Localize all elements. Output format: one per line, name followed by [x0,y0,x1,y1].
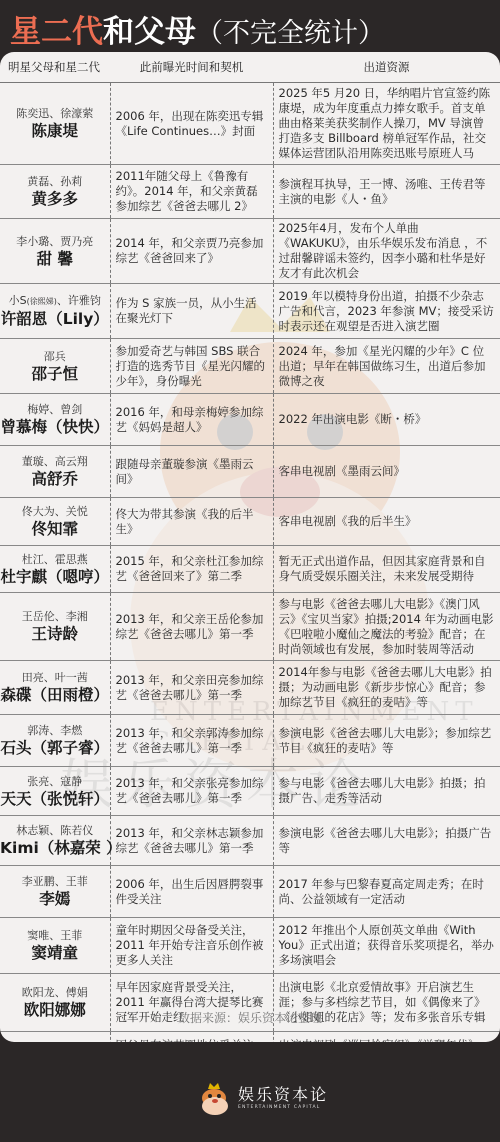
cell-parents-kid: 陈奕迅、徐濠萦 陈康堤 [0,83,110,165]
table-row: 董璇、高云翔 高舒乔 跟随母亲董璇参演《墨雨云间》 客串电视剧《墨雨云间》 [0,446,500,498]
cell-exposure: 2013 年，和父亲郭涛参加综艺《爸爸去哪儿》第一季 [110,715,273,767]
cell-debut-resources: 2012 年推出个人原创英文单曲《With You》正式出道；获得音乐奖项提名，… [273,918,500,974]
cell-debut-resources: 客串电视剧《墨雨云间》 [273,446,500,498]
table-card: ENTERTAINMENT CAPITAL 娱乐资本论 明星父母和星二代 此前曝… [0,52,500,1042]
table-row: 林志颖、陈若仪 Kimi（林嘉荣 ） 2013 年，和父亲林志颖参加综艺《爸爸去… [0,816,500,866]
table-row: 郭涛、李燃 石头（郭子睿） 2013 年，和父亲郭涛参加综艺《爸爸去哪儿》第一季… [0,715,500,767]
parents: 小S(徐熙娣)、许雅钧 [0,293,110,309]
parents-name: 佟大为、关悦 [22,505,88,518]
cell-debut-resources: 参演程耳执导，王一博、汤唯、王传君等主演的电影《人・鱼》 [273,165,500,219]
parents-name: 郭涛、李燃 [27,724,82,737]
star-kid-name: 陈康堤 [0,121,110,141]
page-title: 星二代和父母（不完全统计） [10,6,385,51]
cell-parents-kid: 李亚鹏、王菲 李嫣 [0,866,110,918]
star-kid-name: 甜 馨 [0,249,110,269]
parents: 邵兵 [0,349,110,364]
parents: 陈奕迅、徐濠萦 [0,106,110,121]
parents-name: 窦唯、王菲 [27,929,82,942]
cell-debut-resources: 参演电影《爸爸去哪儿大电影》；拍摄广告等 [273,816,500,866]
logo-text-en: ENTERTAINMENT CAPITAL [238,1104,328,1112]
table-row: 李小璐、贾乃亮 甜 馨 2014 年，和父亲贾乃亮参加综艺《爸爸回来了》 202… [0,219,500,284]
table-row: 田亮、叶一茜 森碟（田雨橙） 2013 年，和父亲田亮参加综艺《爸爸去哪儿》第一… [0,661,500,715]
parents: 李亚鹏、王菲 [0,874,110,889]
parents-name: 董璇、高云翔 [22,455,88,468]
header-parents-kid: 明星父母和星二代 [0,52,110,83]
parents: 窦唯、王菲 [0,928,110,943]
cell-parents-kid: 张亮、寇静 天天（张悦轩） [0,767,110,816]
cell-exposure: 2011年随父母上《鲁豫有约》。2014 年，和父亲黄磊参加综艺《爸爸去哪儿 2… [110,165,273,219]
cell-exposure: 参加爱奇艺与韩国 SBS 联合打造的选秀节目《星光闪耀的少年》，身份曝光 [110,339,273,394]
cell-parents-kid: 杜江、霍思燕 杜宇麒（嗯哼） [0,546,110,593]
header-debut-resources: 出道资源 [273,52,500,83]
cell-parents-kid: 郭涛、李燃 石头（郭子睿） [0,715,110,767]
cell-debut-resources: 参与电影《爸爸去哪儿大电影》《澳门风云》《宝贝当家》拍摄;2014 年为动画电影… [273,593,500,661]
star-kid-name: 李嫣 [0,889,110,909]
cell-exposure: 童年时期因父母备受关注，2011 年开始专注音乐创作被更多人关注 [110,918,273,974]
parents: 林志颖、陈若仪 [0,823,110,838]
table-row: 王岳伦、李湘 王诗龄 2013 年，和父亲王岳伦参加综艺《爸爸去哪儿》第一季 参… [0,593,500,661]
table-row: 张亮、寇静 天天（张悦轩） 2013 年，和父亲张亮参加综艺《爸爸去哪儿》第一季… [0,767,500,816]
star-kid-name: 天天（张悦轩） [0,789,110,809]
cell-parents-kid: 王岳伦、李湘 王诗龄 [0,593,110,661]
cell-parents-kid: 邵兵 邵子恒 [0,339,110,394]
parents-name: 杜江、霍思燕 [22,553,88,566]
parents: 田亮、叶一茜 [0,670,110,685]
star-kids-table: 明星父母和星二代 此前曝光时间和契机 出道资源 陈奕迅、徐濠萦 陈康堤 2006… [0,52,500,1042]
cell-debut-resources: 参与电影《爸爸去哪儿大电影》拍摄；拍摄广告、走秀等活动 [273,767,500,816]
star-kid-name: 高舒乔 [0,469,110,489]
parents: 李小璐、贾乃亮 [0,234,110,249]
cell-debut-resources: 2022 年出演电影《断・桥》 [273,394,500,446]
parents-name: 林志颖、陈若仪 [16,824,93,837]
cell-parents-kid: 梅婷、曾剑 曾慕梅（快快） [0,394,110,446]
table-row: 陈奕迅、徐濠萦 陈康堤 2006 年，出现在陈奕迅专辑《Life Continu… [0,83,500,165]
parents: 杜江、霍思燕 [0,552,110,567]
parents-name: 李小璐、贾乃亮 [16,235,93,248]
parents-name: 邵兵 [44,350,66,363]
parents-note: (徐熙娣) [27,297,57,306]
cell-parents-kid: 董璇、高云翔 高舒乔 [0,446,110,498]
cell-parents-kid: 佟大为、关悦 佟知霏 [0,498,110,546]
cell-debut-resources: 暂无正式出道作品，但因其家庭背景和自身气质受娱乐圈关注，未来发展受期待 [273,546,500,593]
parents-name: 田亮、叶一茜 [22,671,88,684]
table-row: 梅婷、曾剑 曾慕梅（快快） 2016 年，和母亲梅婷参加综艺《妈妈是超人》 20… [0,394,500,446]
title-accent: 星二代 [10,14,103,50]
parents: 黄磊、孙莉 [0,174,110,189]
cell-parents-kid: 林志颖、陈若仪 Kimi（林嘉荣 ） [0,816,110,866]
star-kid-name: 黄多多 [0,189,110,209]
cell-exposure: 佟大为带其参演《我的后半生》 [110,498,273,546]
title-main: 和父母 [103,14,196,50]
parents: 王岳伦、李湘 [0,609,110,624]
parents: 佟大为、关悦 [0,504,110,519]
star-kid-name: 窦靖童 [0,943,110,963]
table-header-row: 明星父母和星二代 此前曝光时间和契机 出道资源 [0,52,500,83]
table-row: 小S(徐熙娣)、许雅钧 许韶恩（Lily） 作为 S 家族一员，从小生活在聚光灯… [0,284,500,339]
cell-parents-kid: 小S(徐熙娣)、许雅钧 许韶恩（Lily） [0,284,110,339]
star-kid-name: 曾慕梅（快快） [0,417,110,437]
parents-name: 小S [9,294,27,307]
star-kid-name: 王诗龄 [0,624,110,644]
cell-debut-resources: 2025年4月，发布个人单曲《WAKUKU》，由乐华娱乐发布消息 ，不过甜馨辟谣… [273,219,500,284]
cell-debut-resources: 2025 年5 月20 日，华纳唱片官宣签约陈康堤，成为年度重点力捧女歌手。首支… [273,83,500,165]
cell-debut-resources: 2014年参与电影《爸爸去哪儿大电影》拍摄；为动画电影《新步步惊心》配音；参加综… [273,661,500,715]
cell-exposure: 2016 年，和母亲梅婷参加综艺《妈妈是超人》 [110,394,273,446]
parents: 张亮、寇静 [0,774,110,789]
cell-exposure: 作为 S 家族一员，从小生活在聚光灯下 [110,284,273,339]
parents: 郭涛、李燃 [0,723,110,738]
cell-debut-resources: 2019 年以模特身份出道，拍摄不少杂志广告和代言，2023 年参演 MV；接受… [273,284,500,339]
parents-name: 陈奕迅、徐濠萦 [16,107,93,120]
parents-name: 李亚鹏、王菲 [22,875,88,888]
parents-name: 梅婷、曾剑 [27,403,82,416]
parents: 董璇、高云翔 [0,454,110,469]
cell-parents-kid: 窦唯、王菲 窦靖童 [0,918,110,974]
header-exposure: 此前曝光时间和契机 [110,52,273,83]
star-kid-name: Kimi（林嘉荣 ） [0,838,110,858]
brand-logo: 娱乐资本论 ENTERTAINMENT CAPITAL [198,1082,328,1116]
cell-exposure: 2013 年，和父亲田亮参加综艺《爸爸去哪儿》第一季 [110,661,273,715]
cell-exposure: 2014 年，和父亲贾乃亮参加综艺《爸爸回来了》 [110,219,273,284]
cell-exposure: 2013 年，和父亲张亮参加综艺《爸爸去哪儿》第一季 [110,767,273,816]
table-row: 李亚鹏、王菲 李嫣 2006 年，出生后因唇腭裂事件受关注 2017 年参与巴黎… [0,866,500,918]
cell-parents-kid: 田亮、叶一茜 森碟（田雨橙） [0,661,110,715]
star-kid-name: 杜宇麒（嗯哼） [0,567,110,587]
cell-exposure: 跟随母亲董璇参演《墨雨云间》 [110,446,273,498]
star-kid-name: 许韶恩（Lily） [0,309,110,329]
parents-name-tail: 、许雅钧 [57,294,101,307]
cell-debut-resources: 参演电影《爸爸去哪儿大电影》；参加综艺节目《疯狂的麦咭》等 [273,715,500,767]
table-row: 邵兵 邵子恒 参加爱奇艺与韩国 SBS 联合打造的选秀节目《星光闪耀的少年》，身… [0,339,500,394]
table-row: 窦唯、王菲 窦靖童 童年时期因父母备受关注，2011 年开始专注音乐创作被更多人… [0,918,500,974]
star-kid-name: 森碟（田雨橙） [0,685,110,705]
cell-debut-resources: 2017 年参与巴黎春夏高定周走秀；在时尚、公益领域有一定活动 [273,866,500,918]
crowned-hamster-mascot-icon [198,1082,232,1116]
parents: 梅婷、曾剑 [0,402,110,417]
cell-exposure: 2006 年，出生后因唇腭裂事件受关注 [110,866,273,918]
logo-text-cn: 娱乐资本论 [238,1086,328,1104]
cell-debut-resources: 2024 年，参加《星光闪耀的少年》C 位出道；早年在韩国做练习生，出道后参加微… [273,339,500,394]
data-source-note: 数据来源：娱乐资本论整理 [0,994,500,1042]
cell-debut-resources: 客串电视剧《我的后半生》 [273,498,500,546]
cell-exposure: 2006 年，出现在陈奕迅专辑《Life Continues…》封面 [110,83,273,165]
parents-name: 黄磊、孙莉 [27,175,82,188]
cell-exposure: 2013 年，和父亲王岳伦参加综艺《爸爸去哪儿》第一季 [110,593,273,661]
table-row: 黄磊、孙莉 黄多多 2011年随父母上《鲁豫有约》。2014 年，和父亲黄磊参加… [0,165,500,219]
title-subtitle: （不完全统计） [196,18,385,49]
star-kid-name: 邵子恒 [0,364,110,384]
cell-parents-kid: 黄磊、孙莉 黄多多 [0,165,110,219]
cell-exposure: 2013 年，和父亲林志颖参加综艺《爸爸去哪儿》第一季 [110,816,273,866]
cell-parents-kid: 李小璐、贾乃亮 甜 馨 [0,219,110,284]
table-row: 佟大为、关悦 佟知霏 佟大为带其参演《我的后半生》 客串电视剧《我的后半生》 [0,498,500,546]
star-kid-name: 石头（郭子睿） [0,738,110,758]
parents-name: 王岳伦、李湘 [22,610,88,623]
title-bar: 星二代和父母（不完全统计） [0,0,500,52]
parents-name: 张亮、寇静 [27,775,82,788]
cell-exposure: 2015 年，和父亲杜江参加综艺《爸爸回来了》第二季 [110,546,273,593]
star-kid-name: 佟知霏 [0,519,110,539]
table-row: 杜江、霍思燕 杜宇麒（嗯哼） 2015 年，和父亲杜江参加综艺《爸爸回来了》第二… [0,546,500,593]
